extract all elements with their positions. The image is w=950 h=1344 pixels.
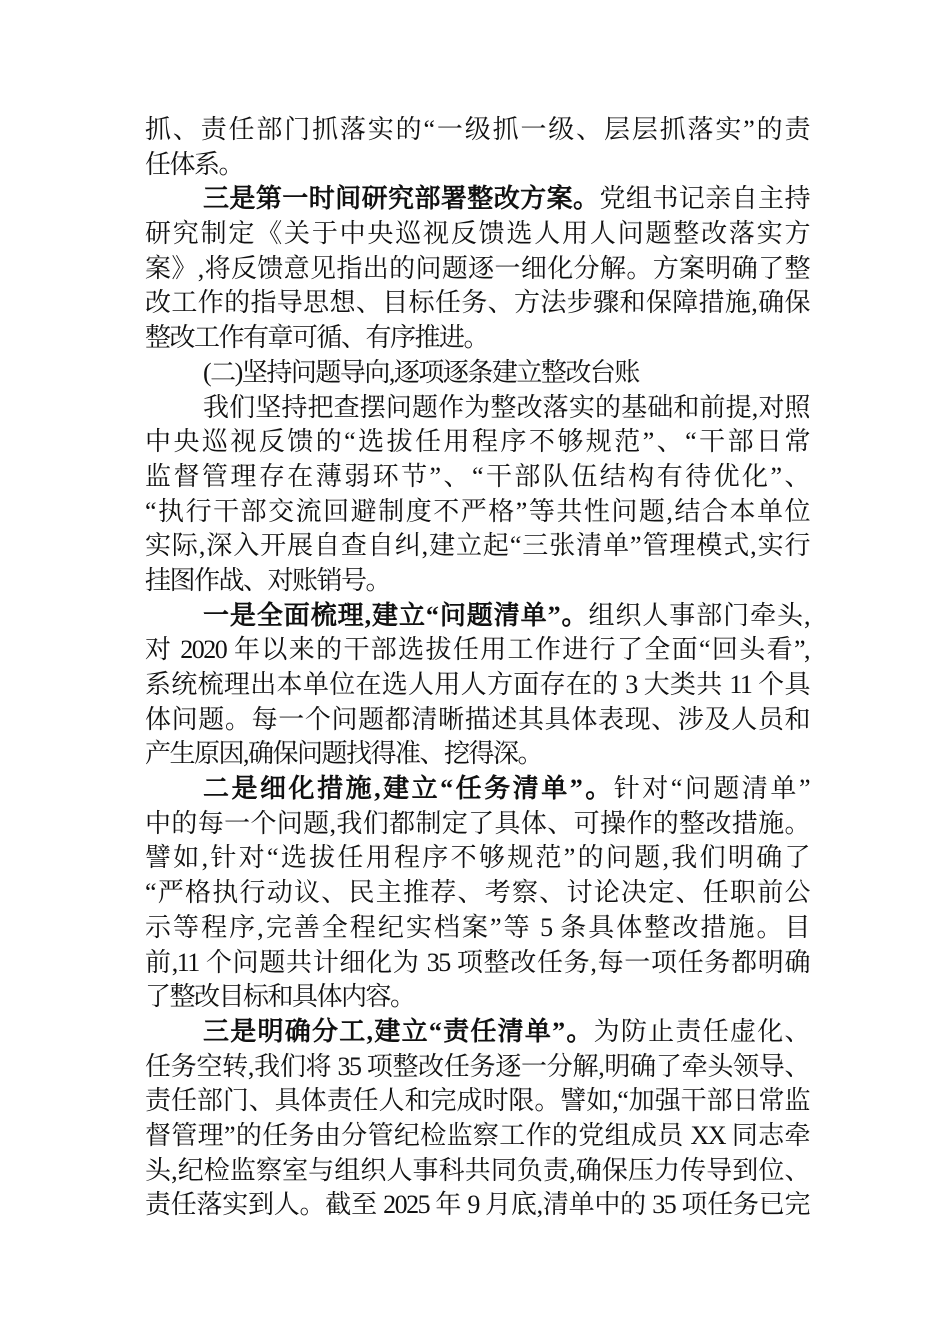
text-segment: 譬如,针对“选拔任用程序不够规范”的问题,我们明确了 [145, 843, 809, 872]
text-segment: 为防止责任虚化、 [594, 1017, 809, 1046]
text-segment: 督管理”的任务由分管纪检监察工作的党组成员 XX 同志牵 [145, 1121, 809, 1150]
text-segment: 系统梳理出本单位在选人用人方面存在的 3 大类共 11 个具 [145, 670, 809, 699]
text-line: 整改工作有章可循、有序推进。 [145, 321, 809, 356]
bold-lead-segment: 三是第一时间研究部署整改方案。 [203, 184, 599, 213]
text-segment: 整改工作有章可循、有序推进。 [145, 323, 488, 352]
text-segment: 体问题。每一个问题都清晰描述其具体表现、涉及人员和 [145, 705, 809, 734]
text-line: 挂图作战、对账销号。 [145, 564, 809, 599]
text-line: 前,11 个问题共计细化为 35 项整改任务,每一项任务都明确 [145, 946, 809, 981]
text-line: 三是第一时间研究部署整改方案。党组书记亲自主持 [145, 182, 809, 217]
text-line: “执行干部交流回避制度不严格”等共性问题,结合本单位 [145, 495, 809, 530]
text-segment: (二)坚持问题导向,逐项逐条建立整改台账 [203, 358, 639, 387]
text-line: 产生原因,确保问题找得准、挖得深。 [145, 737, 809, 772]
text-segment: 案》,将反馈意见指出的问题逐一细化分解。方案明确了整 [145, 254, 809, 283]
text-segment: 前,11 个问题共计细化为 35 项整改任务,每一项任务都明确 [145, 948, 809, 977]
text-segment: 示等程序,完善全程纪实档案”等 5 条具体整改措施。目 [145, 913, 809, 942]
text-line: 中央巡视反馈的“选拔任用程序不够规范”、“干部日常 [145, 425, 809, 460]
text-line: 一是全面梳理,建立“问题清单”。组织人事部门牵头, [145, 599, 809, 634]
bold-lead-segment: 二是细化措施,建立“任务清单”。 [203, 774, 614, 803]
document-page: 抓、责任部门抓落实的“一级抓一级、层层抓落实”的责任体系。三是第一时间研究部署整… [0, 0, 950, 1344]
text-line: (二)坚持问题导向,逐项逐条建立整改台账 [145, 356, 809, 391]
text-line: 示等程序,完善全程纪实档案”等 5 条具体整改措施。目 [145, 911, 809, 946]
text-segment: 了整改目标和具体内容。 [145, 982, 415, 1011]
text-segment: 研究制定《关于中央巡视反馈选人用人问题整改落实方 [145, 219, 809, 248]
text-line: 我们坚持把查摆问题作为整改落实的基础和前提,对照 [145, 391, 809, 426]
text-line: 中的每一个问题,我们都制定了具体、可操作的整改措施。 [145, 807, 809, 842]
text-segment: 责任落实到人。截至 2025 年 9 月底,清单中的 35 项任务已完 [145, 1190, 809, 1219]
text-segment: 党组书记亲自主持 [599, 184, 809, 213]
text-segment: 责任部门、具体责任人和完成时限。譬如,“加强干部日常监 [145, 1086, 809, 1115]
text-segment: 对 2020 年以来的干部选拔任用工作进行了全面“回头看”, [145, 635, 809, 664]
text-segment: 改工作的指导思想、目标任务、方法步骤和保障措施,确保 [145, 288, 809, 317]
text-line: 抓、责任部门抓落实的“一级抓一级、层层抓落实”的责 [145, 113, 809, 148]
text-segment: 实际,深入开展自查自纠,建立起“三张清单”管理模式,实行 [145, 531, 809, 560]
document-body: 抓、责任部门抓落实的“一级抓一级、层层抓落实”的责任体系。三是第一时间研究部署整… [145, 113, 809, 1223]
text-line: 实际,深入开展自查自纠,建立起“三张清单”管理模式,实行 [145, 529, 809, 564]
text-line: 监督管理存在薄弱环节”、“干部队伍结构有待优化”、 [145, 460, 809, 495]
text-line: 系统梳理出本单位在选人用人方面存在的 3 大类共 11 个具 [145, 668, 809, 703]
text-segment: 任体系。 [145, 150, 243, 179]
text-segment: 抓、责任部门抓落实的“一级抓一级、层层抓落实”的责 [145, 115, 809, 144]
text-line: 任体系。 [145, 148, 809, 183]
text-segment: 我们坚持把查摆问题作为整改落实的基础和前提,对照 [203, 393, 809, 422]
text-line: 对 2020 年以来的干部选拔任用工作进行了全面“回头看”, [145, 633, 809, 668]
text-segment: 产生原因,确保问题找得准、挖得深。 [145, 739, 542, 768]
text-segment: “严格执行动议、民主推荐、考察、讨论决定、任职前公 [145, 878, 809, 907]
text-line: 案》,将反馈意见指出的问题逐一细化分解。方案明确了整 [145, 252, 809, 287]
text-segment: 头,纪检监察室与组织人事科共同负责,确保压力传导到位、 [145, 1156, 809, 1185]
text-line: 责任部门、具体责任人和完成时限。譬如,“加强干部日常监 [145, 1084, 809, 1119]
text-line: 譬如,针对“选拔任用程序不够规范”的问题,我们明确了 [145, 841, 809, 876]
text-line: 三是明确分工,建立“责任清单”。为防止责任虚化、 [145, 1015, 809, 1050]
text-line: 任务空转,我们将 35 项整改任务逐一分解,明确了牵头领导、 [145, 1050, 809, 1085]
text-line: 头,纪检监察室与组织人事科共同负责,确保压力传导到位、 [145, 1154, 809, 1189]
text-segment: “执行干部交流回避制度不严格”等共性问题,结合本单位 [145, 497, 809, 526]
text-segment: 针对“问题清单” [614, 774, 809, 803]
text-segment: 挂图作战、对账销号。 [145, 566, 390, 595]
text-line: 了整改目标和具体内容。 [145, 980, 809, 1015]
text-line: 体问题。每一个问题都清晰描述其具体表现、涉及人员和 [145, 703, 809, 738]
text-segment: 组织人事部门牵头, [588, 601, 809, 630]
text-line: 二是细化措施,建立“任务清单”。针对“问题清单” [145, 772, 809, 807]
text-line: 研究制定《关于中央巡视反馈选人用人问题整改落实方 [145, 217, 809, 252]
text-line: 督管理”的任务由分管纪检监察工作的党组成员 XX 同志牵 [145, 1119, 809, 1154]
text-segment: 中的每一个问题,我们都制定了具体、可操作的整改措施。 [145, 809, 809, 838]
text-line: “严格执行动议、民主推荐、考察、讨论决定、任职前公 [145, 876, 809, 911]
bold-lead-segment: 三是明确分工,建立“责任清单”。 [203, 1017, 594, 1046]
text-segment: 监督管理存在薄弱环节”、“干部队伍结构有待优化”、 [145, 462, 809, 491]
text-line: 责任落实到人。截至 2025 年 9 月底,清单中的 35 项任务已完 [145, 1188, 809, 1223]
text-segment: 任务空转,我们将 35 项整改任务逐一分解,明确了牵头领导、 [145, 1052, 809, 1081]
text-segment: 中央巡视反馈的“选拔任用程序不够规范”、“干部日常 [145, 427, 809, 456]
bold-lead-segment: 一是全面梳理,建立“问题清单”。 [203, 601, 588, 630]
text-line: 改工作的指导思想、目标任务、方法步骤和保障措施,确保 [145, 286, 809, 321]
